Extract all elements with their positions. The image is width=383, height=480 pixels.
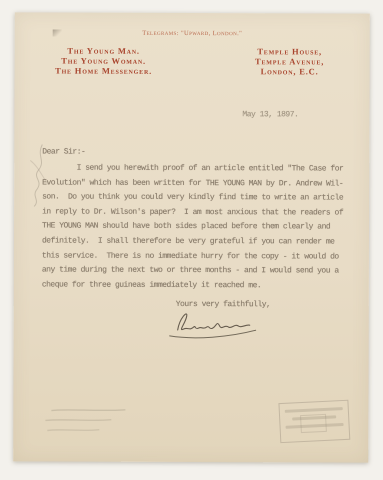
salutation: Dear Sir:- xyxy=(42,147,85,156)
address-line: Temple House, xyxy=(230,46,350,56)
letter-date: May 13, 1897. xyxy=(242,110,298,119)
address-line: Temple Avenue, xyxy=(230,56,350,66)
letterhead-address: Temple House, Temple Avenue, London, E.C… xyxy=(230,46,350,76)
signature xyxy=(160,306,264,342)
scanned-letter-photo: Telegrams: "Upward, London." The Young M… xyxy=(0,0,383,480)
faint-library-stamp xyxy=(278,400,350,443)
publication-title: The Young Woman. xyxy=(39,55,169,65)
publication-title: The Young Man. xyxy=(39,45,169,55)
letter-paper: Telegrams: "Upward, London." The Young M… xyxy=(13,12,370,462)
address-line: London, E.C. xyxy=(230,66,350,76)
letter-body: I send you herewith proof of an article … xyxy=(42,161,354,293)
pencil-annotation-bottom xyxy=(37,404,133,440)
letterhead-publications: The Young Man. The Young Woman. The Home… xyxy=(39,45,169,75)
publication-title: The Home Messenger. xyxy=(39,65,169,75)
telegrams-line: Telegrams: "Upward, London." xyxy=(15,29,370,37)
